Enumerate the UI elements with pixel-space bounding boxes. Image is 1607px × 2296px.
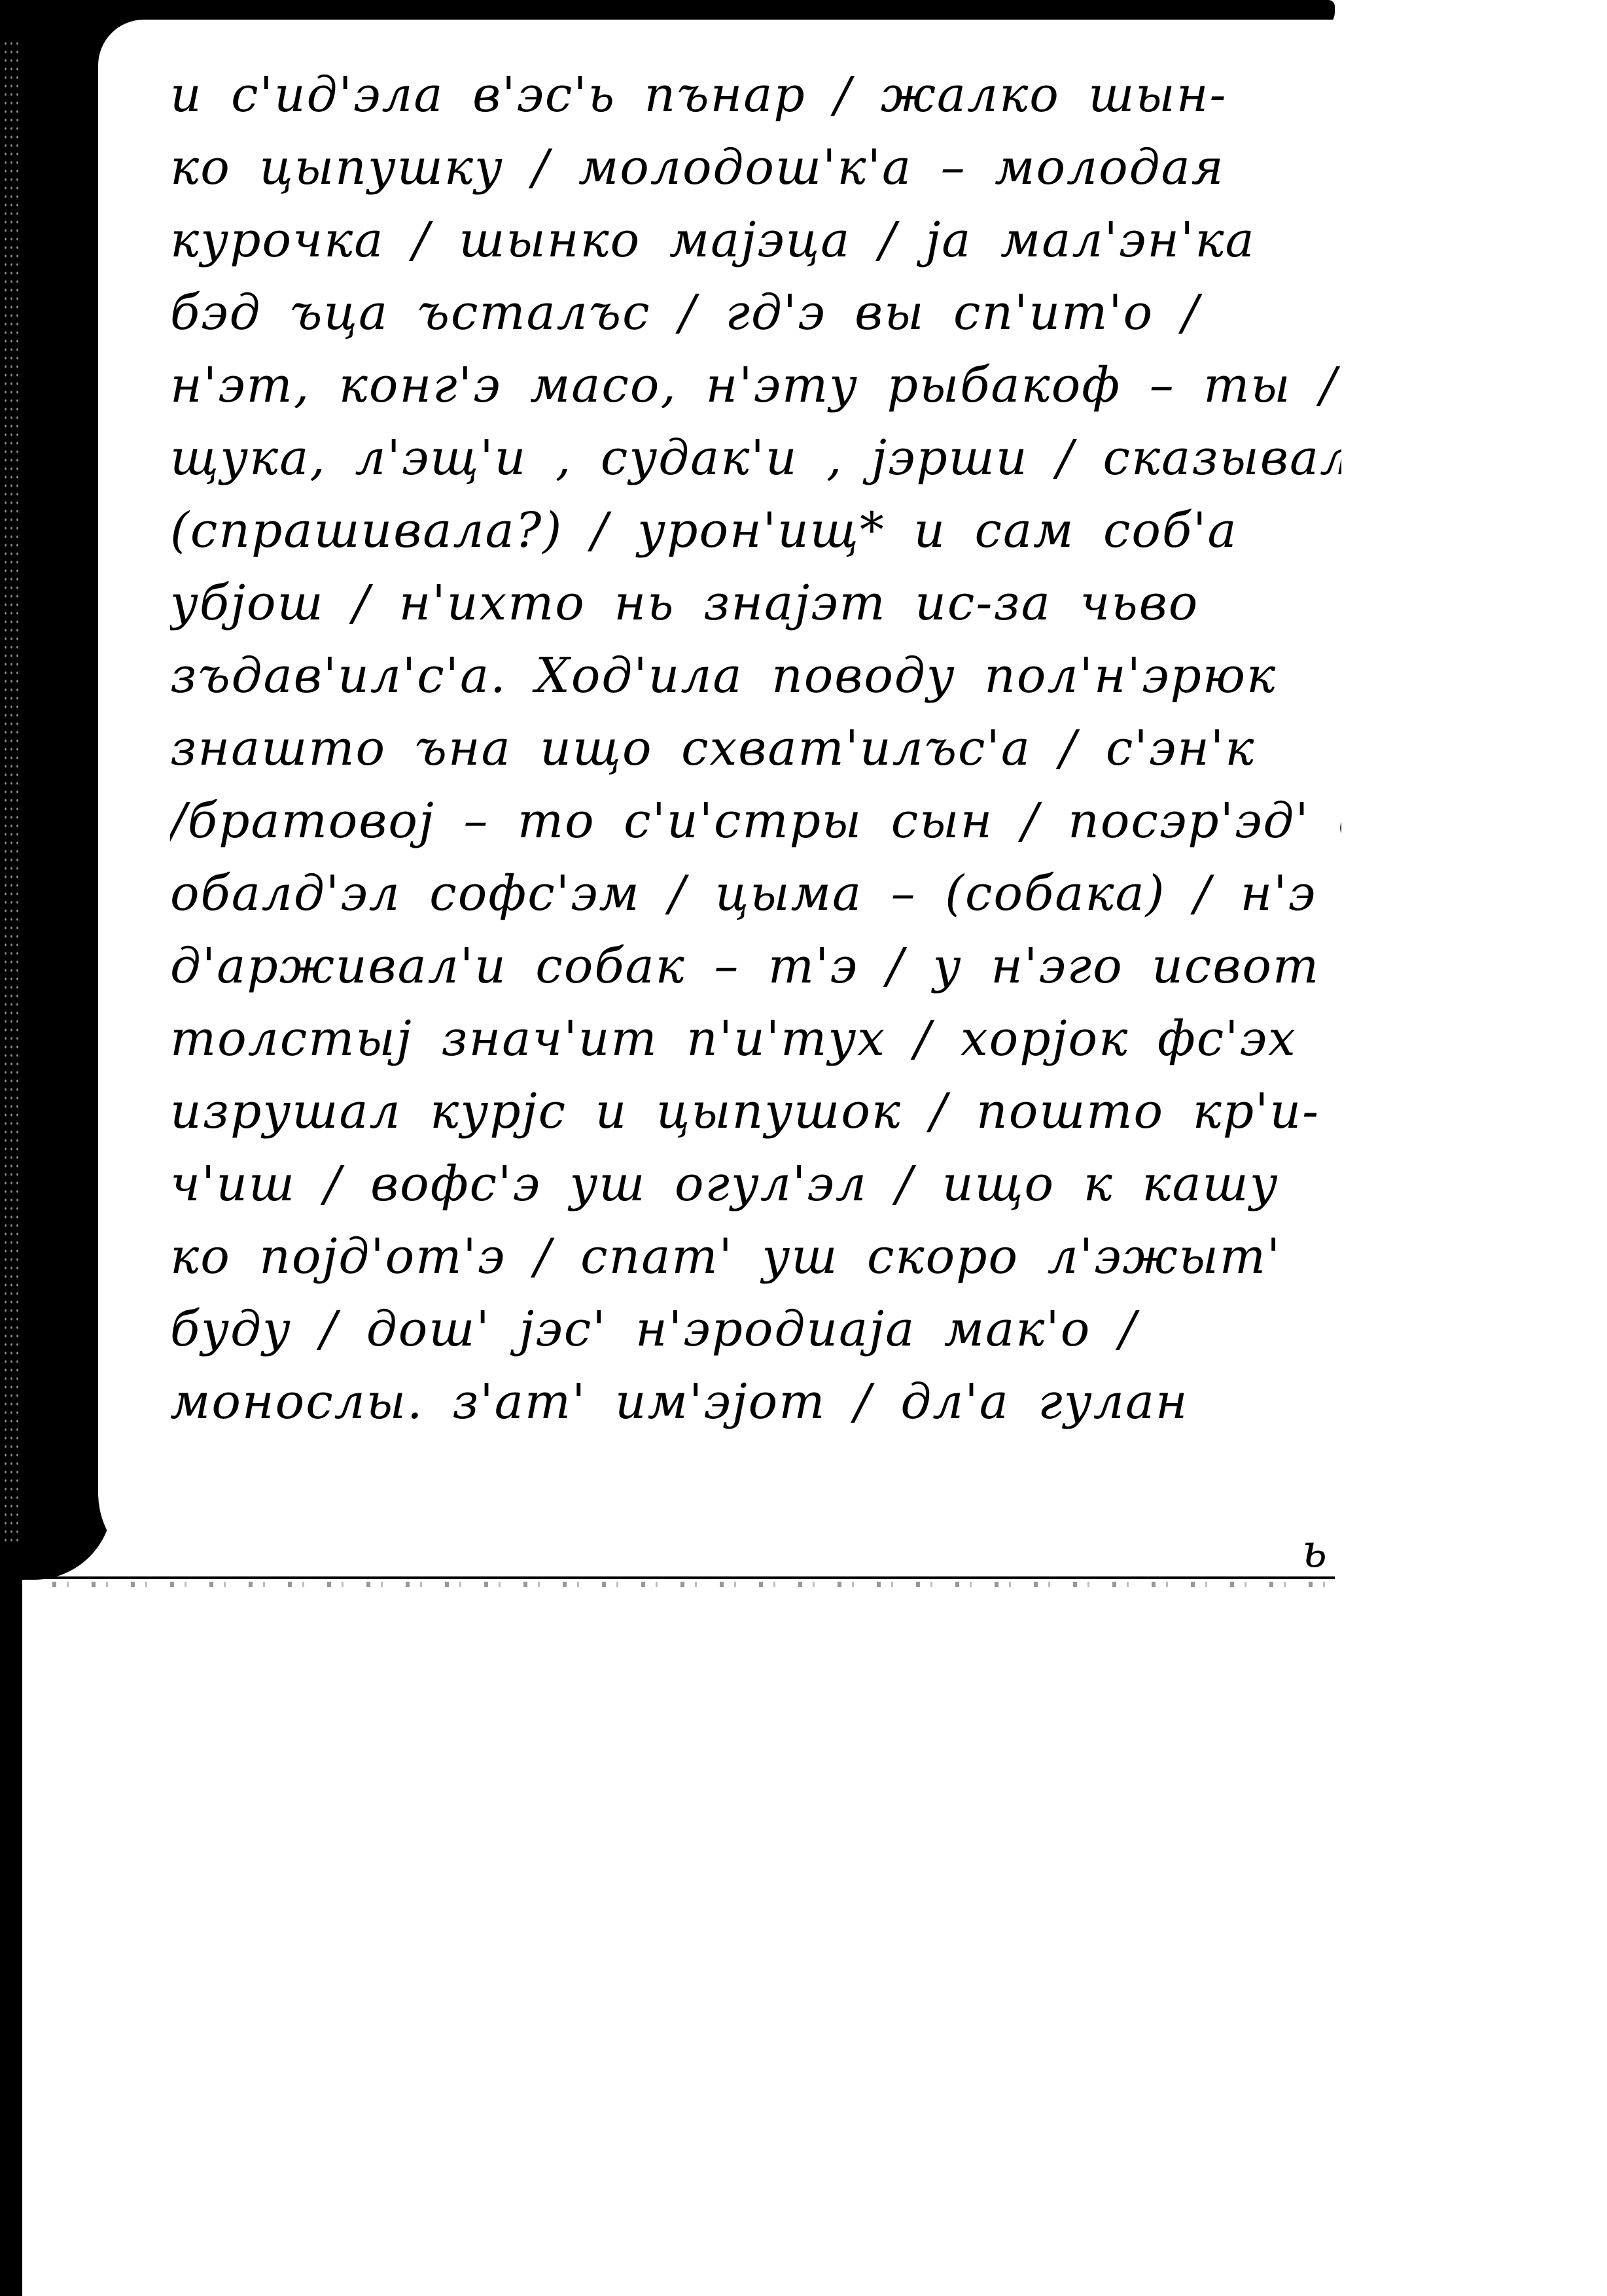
text-line: монослы. з'ат' им'эjот / дл'а гулан xyxy=(170,1366,1341,1438)
text-line: убjош / н'ихто нь знаjэт ис-за чьво xyxy=(170,567,1341,640)
text-line: бэд ъца ъсталъс / гд'э вы сп'ит'о / xyxy=(170,277,1341,349)
text-line: буду / дош' jэс' н'эродиаjа мак'о / xyxy=(170,1293,1341,1366)
text-line: и с'ид'эла в'эс'ь пънар / жалко шын- xyxy=(170,59,1341,131)
text-line: /братовој – то с'и'стры сын / посэр'эд' … xyxy=(170,785,1341,858)
text-line: н'эт, конг'э масо, н'эту рыбакоф – ты / xyxy=(170,349,1341,422)
text-line: курочка / шынко маjэца / jа мал'эн'ка xyxy=(170,204,1341,277)
text-line: (спрашивала?) / урон'ищ* и сам соб'а xyxy=(170,495,1341,567)
text-line: щука, л'эщ'и , судак'и , jэрши / сказыва… xyxy=(170,422,1341,495)
scan-noise xyxy=(52,1582,1335,1587)
text-line: ко цыпушку / молодош'к'а – молодая xyxy=(170,131,1341,204)
handwritten-text: и с'ид'эла в'эс'ь пънар / жалко шын- ко … xyxy=(170,59,1341,1438)
text-line: ко поjд'от'э / спат' уш скоро л'эжыт' xyxy=(170,1221,1341,1293)
text-line: д'арживал'и собак – т'э / у н'эго исвот xyxy=(170,930,1341,1003)
text-line: обалд'эл софс'эм / цыма – (собака) / н'э xyxy=(170,858,1341,930)
text-line: знашто ъна ищо схват'илъс'а / с'эн'к xyxy=(170,712,1341,785)
page-marker: ь xyxy=(1302,1524,1327,1578)
binding-texture xyxy=(3,39,20,1544)
page-bottom-edge xyxy=(39,1576,1335,1579)
text-line: изрушал курjс и цыпушок / пошто кр'и- xyxy=(170,1075,1341,1148)
text-line: зъдав'ил'с'а. Ход'ила поводу пол'н'эрюк xyxy=(170,640,1341,712)
text-line: ч'иш / вофс'э уш огул'эл / ищо к кашу xyxy=(170,1148,1341,1221)
text-line: толстыj знач'ит п'и'тух / хорjок фс'эх xyxy=(170,1003,1341,1075)
